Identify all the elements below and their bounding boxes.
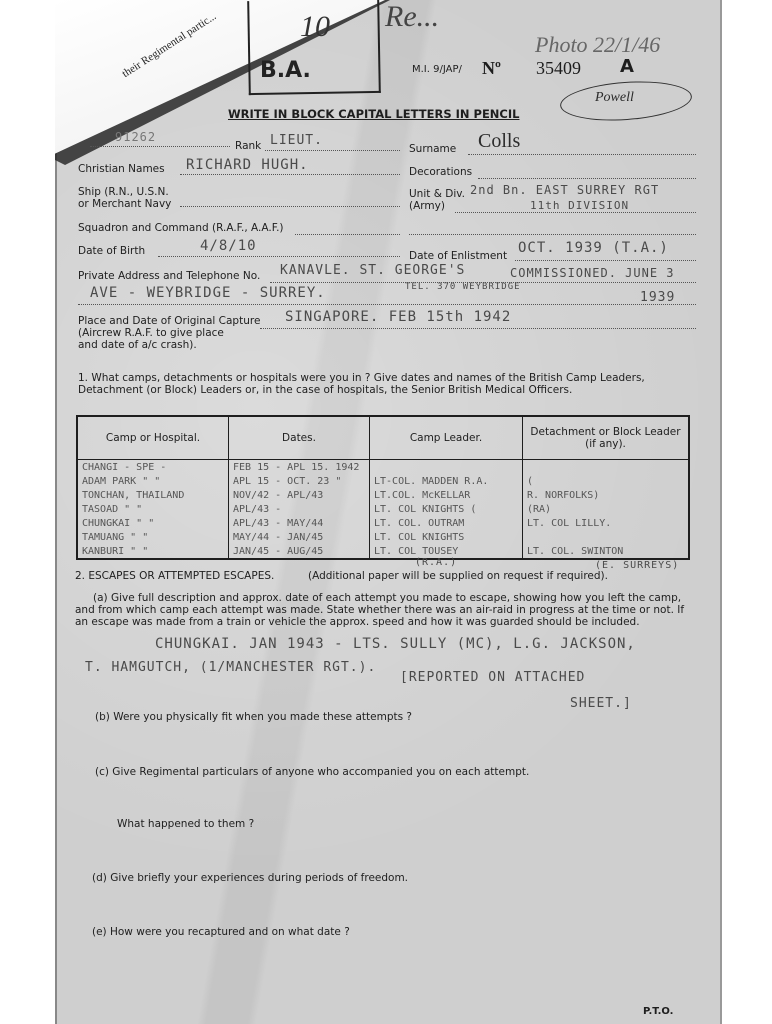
service-number-line bbox=[90, 146, 230, 147]
surname-label: Surname bbox=[409, 143, 456, 155]
date-of-birth-line bbox=[158, 256, 400, 257]
detachment-leader-cell bbox=[523, 530, 690, 544]
commission-note-line2: 1939 bbox=[640, 290, 675, 305]
question-a: (a) Give full description and approx. da… bbox=[75, 592, 695, 628]
camp-cell: TONCHAN, THAILAND bbox=[77, 488, 229, 502]
camp-leader-cell: LT. COL. OUTRAM bbox=[370, 516, 523, 530]
form-office-label: M.I. 9/JAP/ bbox=[412, 64, 462, 75]
detachment-leader-cell bbox=[523, 460, 690, 475]
series-letter: A bbox=[620, 56, 634, 77]
camp-cell: TASOAD " " bbox=[77, 502, 229, 516]
date-of-birth-label: Date of Birth bbox=[78, 245, 145, 257]
christian-names-line bbox=[180, 174, 400, 175]
form-number: 35409 bbox=[536, 58, 581, 79]
top-right-scrawl: Re... bbox=[385, 0, 439, 34]
camps-table: Camp or Hospital. Dates. Camp Leader. De… bbox=[76, 415, 690, 560]
question-c2: What happened to them ? bbox=[117, 818, 254, 830]
question-b: (b) Were you physically fit when you mad… bbox=[95, 711, 412, 723]
section2-heading: 2. ESCAPES OR ATTEMPTED ESCAPES. bbox=[75, 570, 274, 582]
dates-cell: FEB 15 - APL 15. 1942 bbox=[229, 460, 370, 475]
decorations-line bbox=[478, 178, 696, 179]
date-of-enlistment-line bbox=[515, 260, 696, 261]
unit-label: Unit & Div.(Army) bbox=[409, 188, 465, 212]
camp-leader-note: (R.A.) bbox=[415, 557, 457, 568]
dates-cell: APL/43 - bbox=[229, 502, 370, 516]
surname-line bbox=[468, 154, 696, 155]
camp-cell: TAMUANG " " bbox=[77, 530, 229, 544]
camps-table-header: Camp or Hospital. Dates. Camp Leader. De… bbox=[77, 416, 689, 460]
camp-leader-cell: LT. COL KNIGHTS ( bbox=[370, 502, 523, 516]
section1-question: 1. What camps, detachments or hospitals … bbox=[78, 372, 698, 396]
detachment-leader-cell: (RA) bbox=[523, 502, 690, 516]
camp-leader-cell bbox=[370, 460, 523, 475]
camp-leader-cell: LT-COL. MADDEN R.A. bbox=[370, 474, 523, 488]
table-row: KANBURI " "JAN/45 - AUG/45LT. COL TOUSEY… bbox=[77, 544, 689, 559]
telephone-value[interactable]: TEL. 370 WEYBRIDGE bbox=[405, 282, 521, 292]
address-value-line1[interactable]: KANAVLE. ST. GEORGE'S bbox=[280, 263, 465, 278]
table-row: TONCHAN, THAILANDNOV/42 - APL/43LT.COL. … bbox=[77, 488, 689, 502]
table-row: TAMUANG " "MAY/44 - JAN/45LT. COL KNIGHT… bbox=[77, 530, 689, 544]
ship-label: Ship (R.N., U.S.N.or Merchant Navy bbox=[78, 186, 171, 210]
rank-line bbox=[265, 150, 400, 151]
address-line-2 bbox=[78, 304, 696, 305]
detachment-leader-cell: ( bbox=[523, 474, 690, 488]
dates-cell: APL 15 - OCT. 23 " bbox=[229, 474, 370, 488]
header-camp: Camp or Hospital. bbox=[77, 416, 229, 460]
answer-a-line2[interactable]: T. HAMGUTCH, (1/MANCHESTER RGT.). bbox=[85, 660, 376, 675]
number-label: Nº bbox=[482, 58, 501, 79]
date-of-enlistment-label: Date of Enlistment bbox=[409, 250, 507, 262]
capture-value[interactable]: SINGAPORE. FEB 15th 1942 bbox=[285, 309, 511, 325]
header-detachment-leader: Detachment or Block Leader (if any). bbox=[523, 416, 690, 460]
detachment-leader-cell: LT. COL. SWINTON bbox=[523, 544, 690, 559]
rank-label: Rank bbox=[235, 140, 261, 152]
question-e: (e) How were you recaptured and on what … bbox=[92, 926, 350, 938]
decorations-label: Decorations bbox=[409, 166, 472, 178]
table-row: CHANGI - SPE -FEB 15 - APL 15. 1942 bbox=[77, 460, 689, 475]
camp-cell: ADAM PARK " " bbox=[77, 474, 229, 488]
camp-cell: CHUNGKAI " " bbox=[77, 516, 229, 530]
table-row: CHUNGKAI " "APL/43 - MAY/44LT. COL. OUTR… bbox=[77, 516, 689, 530]
capture-label: Place and Date of Original Capture(Aircr… bbox=[78, 315, 260, 351]
surname-value[interactable]: Colls bbox=[478, 130, 520, 153]
dates-cell: APL/43 - MAY/44 bbox=[229, 516, 370, 530]
photo-date-note: Photo 22/1/46 bbox=[535, 32, 660, 58]
dates-cell: NOV/42 - APL/43 bbox=[229, 488, 370, 502]
camp-cell: CHANGI - SPE - bbox=[77, 460, 229, 475]
table-row: TASOAD " "APL/43 -LT. COL KNIGHTS ((RA) bbox=[77, 502, 689, 516]
camp-leader-cell: LT. COL KNIGHTS bbox=[370, 530, 523, 544]
unit-value-line1[interactable]: 2nd Bn. EAST SURREY RGT bbox=[470, 183, 659, 197]
camp-leader-cell: LT.COL. McKELLAR bbox=[370, 488, 523, 502]
address-value-line2[interactable]: AVE - WEYBRIDGE - SURREY. bbox=[90, 285, 326, 301]
unit-line bbox=[455, 212, 696, 213]
squadron-line bbox=[295, 234, 400, 235]
section2-heading-note: (Additional paper will be supplied on re… bbox=[308, 570, 608, 582]
christian-names-label: Christian Names bbox=[78, 163, 165, 175]
question-c: (c) Give Regimental particulars of anyon… bbox=[95, 766, 529, 778]
stamp-text: B.A. bbox=[260, 58, 311, 83]
pto-footer: P.T.O. bbox=[643, 1006, 673, 1017]
circled-name: Powell bbox=[595, 90, 634, 106]
squadron-label: Squadron and Command (R.A.F., A.A.F.) bbox=[78, 222, 284, 234]
dates-cell: MAY/44 - JAN/45 bbox=[229, 530, 370, 544]
address-label: Private Address and Telephone No. bbox=[78, 270, 260, 282]
unit-value-line2[interactable]: 11th DIVISION bbox=[530, 199, 629, 212]
service-number: 91262 bbox=[115, 130, 156, 144]
rank-value[interactable]: LIEUT. bbox=[270, 133, 323, 148]
commission-note-line1: COMMISSIONED. JUNE 3 bbox=[510, 266, 675, 280]
instruction-heading: WRITE IN BLOCK CAPITAL LETTERS IN PENCIL bbox=[228, 107, 519, 121]
answer-a-note-line2[interactable]: SHEET.] bbox=[570, 696, 632, 711]
date-of-birth-value[interactable]: 4/8/10 bbox=[200, 238, 257, 254]
capture-line bbox=[260, 328, 696, 329]
stamp-number: 10 bbox=[300, 10, 330, 44]
squadron-line-2 bbox=[409, 234, 696, 235]
ship-line bbox=[180, 206, 400, 207]
christian-names-value[interactable]: RICHARD HUGH. bbox=[186, 157, 309, 173]
detachment-leader-cell: LT. COL LILLY. bbox=[523, 516, 690, 530]
date-of-enlistment-value[interactable]: OCT. 1939 (T.A.) bbox=[518, 240, 669, 256]
header-camp-leader: Camp Leader. bbox=[370, 416, 523, 460]
dates-cell: JAN/45 - AUG/45 bbox=[229, 544, 370, 559]
answer-a-note-line1[interactable]: [REPORTED ON ATTACHED bbox=[400, 670, 585, 685]
question-d: (d) Give briefly your experiences during… bbox=[92, 872, 408, 884]
camp-cell: KANBURI " " bbox=[77, 544, 229, 559]
header-dates: Dates. bbox=[229, 416, 370, 460]
answer-a-line1[interactable]: CHUNGKAI. JAN 1943 - LTS. SULLY (MC), L.… bbox=[155, 636, 636, 652]
detachment-leader-cell: R. NORFOLKS) bbox=[523, 488, 690, 502]
table-row: ADAM PARK " "APL 15 - OCT. 23 "LT-COL. M… bbox=[77, 474, 689, 488]
